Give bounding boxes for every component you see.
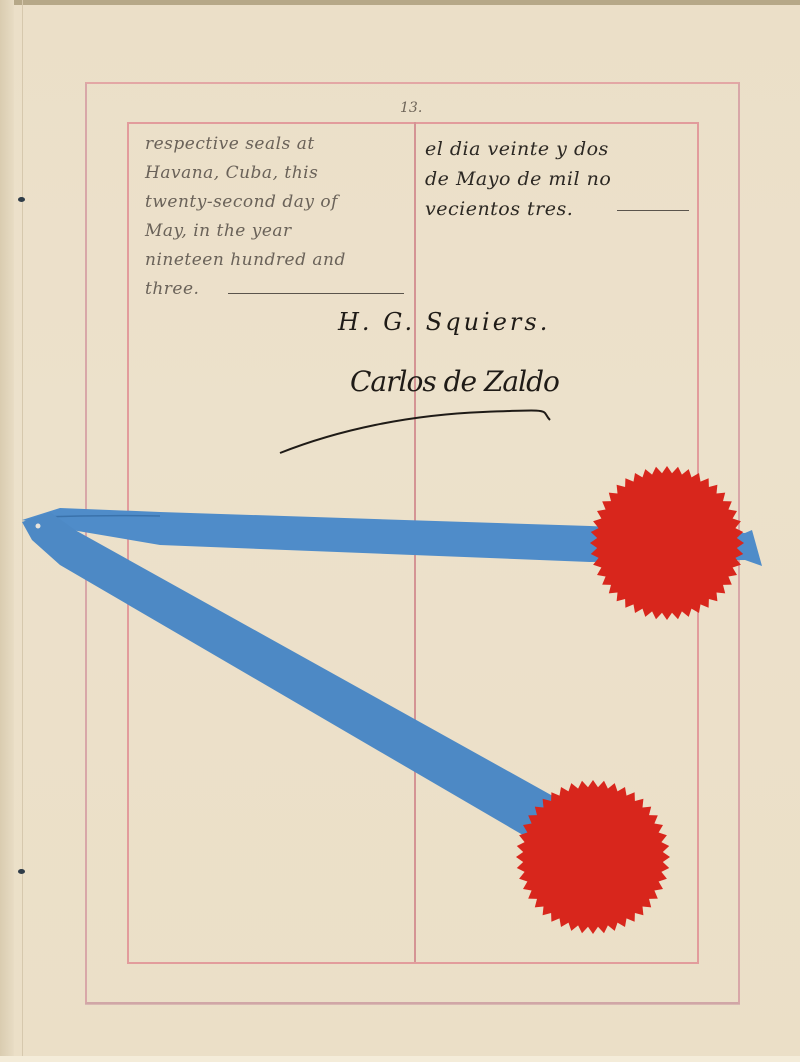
lower-seal-icon [514, 778, 672, 936]
document-page: 13. respective seals at Havana, Cuba, th… [0, 0, 800, 1062]
upper-seal-icon [588, 464, 746, 622]
